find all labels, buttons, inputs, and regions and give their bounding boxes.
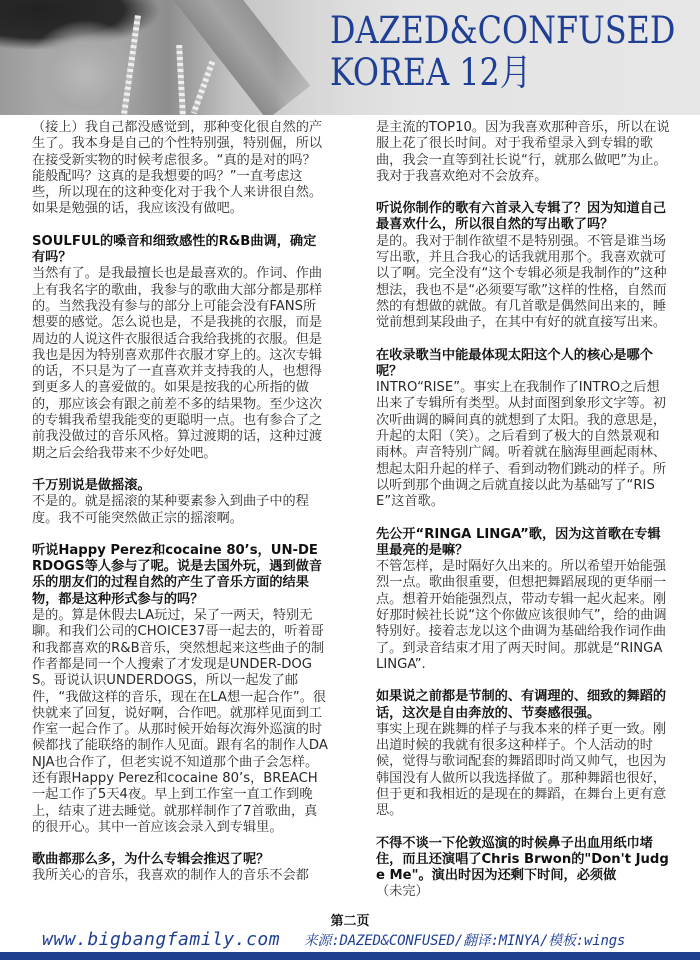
question-text: 听说你制作的歌有六首录入专辑了？因为知道自己最喜欢什么，所以很自然的写出歌了吗？ xyxy=(376,201,670,234)
paragraph: （接上）我自己都没感觉到，那种变化很自然的产生了。我本身是自己的个性特别强，特别… xyxy=(32,120,328,218)
left-column: （接上）我自己都没感觉到，那种变化很自然的产生了。我本身是自己的个性特别强，特别… xyxy=(32,120,328,901)
question-text: 千万别说是做摇滚。 xyxy=(32,478,328,494)
question-text: 歌曲都那么多，为什么专辑会推迟了呢？ xyxy=(32,852,328,868)
magazine-title: DAZED&CONFUSED KOREA 12月 xyxy=(330,10,675,94)
qa-block: 歌曲都那么多，为什么专辑会推迟了呢？ 我所关心的音乐，我喜欢的制作人的音乐不会都 xyxy=(32,852,328,885)
answer-text: 当然有了。是我最擅长也是最喜欢的。作词、作曲上有我名字的歌曲，我参与的歌曲大部分… xyxy=(32,266,328,462)
question-text: 听说Happy Perez和cocaine 80’s，UN-DERDOGS等人参… xyxy=(32,543,328,608)
answer-text: 是主流的TOP10。因为我喜欢那种音乐，所以在说服上花了很长时间。对于我希望录入… xyxy=(376,120,670,185)
answer-text: 事实上现在跳舞的样子与我本来的样子更一致。刚出道时候的我就有很多这种样子。个人活… xyxy=(376,722,670,820)
page-number: 第二页 xyxy=(0,910,700,929)
answer-text: 我所关心的音乐，我喜欢的制作人的音乐不会都 xyxy=(32,868,328,884)
question-text: SOULFUL的嗓音和细致感性的R&B曲调，确定有吗？ xyxy=(32,234,328,267)
answer-text: 不是的。就是摇滚的某种要素参入到曲子中的程度。我不可能突然做正宗的摇滚啊。 xyxy=(32,494,328,527)
header-photo xyxy=(0,0,335,115)
qa-block: 如果说之前都是节制的、有调理的、细致的舞蹈的话，这次是自由奔放的、节奏感很强。 … xyxy=(376,689,670,819)
question-text: 如果说之前都是节制的、有调理的、细致的舞蹈的话，这次是自由奔放的、节奏感很强。 xyxy=(376,689,670,722)
header-banner: DAZED&CONFUSED KOREA 12月 xyxy=(0,0,700,115)
question-text: 不得不谈一下伦敦巡演的时候鼻子出血用纸巾堵住，而且还演唱了Chris Brwon… xyxy=(376,836,670,885)
question-text: 先公开“RINGA LINGA”歌，因为这首歌在专辑里最亮的是嘛？ xyxy=(376,527,670,560)
answer-text: INTRO“RISE”。事实上在我制作了INTRO之后想出来了专辑所有类型。从封… xyxy=(376,380,670,510)
qa-block: 听说Happy Perez和cocaine 80’s，UN-DERDOGS等人参… xyxy=(32,543,328,836)
qa-block: 在收录歌当中能最体现太阳这个人的核心是哪个呢？ INTRO“RISE”。事实上在… xyxy=(376,348,670,511)
site-link[interactable]: www.bigbangfamily.com xyxy=(42,929,280,950)
answer-text: 是的。我对于制作欲望不是特别强。不管是谁当场写出歌，并且合我心的话我就用那个。我… xyxy=(376,234,670,332)
title-line-1: DAZED&CONFUSED xyxy=(330,10,675,52)
question-text: 在收录歌当中能最体现太阳这个人的核心是哪个呢？ xyxy=(376,348,670,381)
qa-block: 听说你制作的歌有六首录入专辑了？因为知道自己最喜欢什么，所以很自然的写出歌了吗？… xyxy=(376,201,670,331)
answer-text: （未完） xyxy=(376,884,670,900)
qa-block: SOULFUL的嗓音和细致感性的R&B曲调，确定有吗？ 当然有了。是我最擅长也是… xyxy=(32,234,328,462)
answer-text: 是的。算是休假去LA玩过，呆了一两天，特别无聊。和我们公司的CHOICE37哥一… xyxy=(32,608,328,836)
qa-block: 千万别说是做摇滚。 不是的。就是摇滚的某种要素参入到曲子中的程度。我不可能突然做… xyxy=(32,478,328,527)
answer-text: 不管怎样，是时隔好久出来的。所以希望开始能强烈一点。歌曲很重要，但想把舞蹈展现的… xyxy=(376,559,670,673)
footer-credit: www.bigbangfamily.com 来源:DAZED&CONFUSED/… xyxy=(42,929,625,951)
right-column: 是主流的TOP10。因为我喜欢那种音乐，所以在说服上花了很长时间。对于我希望录入… xyxy=(376,120,670,917)
paragraph: 是主流的TOP10。因为我喜欢那种音乐，所以在说服上花了很长时间。对于我希望录入… xyxy=(376,120,670,185)
qa-block: 不得不谈一下伦敦巡演的时候鼻子出血用纸巾堵住，而且还演唱了Chris Brwon… xyxy=(376,836,670,901)
source-credit: 来源:DAZED&CONFUSED/翻译:MINYA/模板:wings xyxy=(304,933,625,949)
answer-text: （接上）我自己都没感觉到，那种变化很自然的产生了。我本身是自己的个性特别强，特别… xyxy=(32,120,328,218)
qa-block: 先公开“RINGA LINGA”歌，因为这首歌在专辑里最亮的是嘛？ 不管怎样，是… xyxy=(376,527,670,674)
title-line-2: KOREA 12月 xyxy=(330,52,675,94)
bottom-bar xyxy=(0,952,700,960)
